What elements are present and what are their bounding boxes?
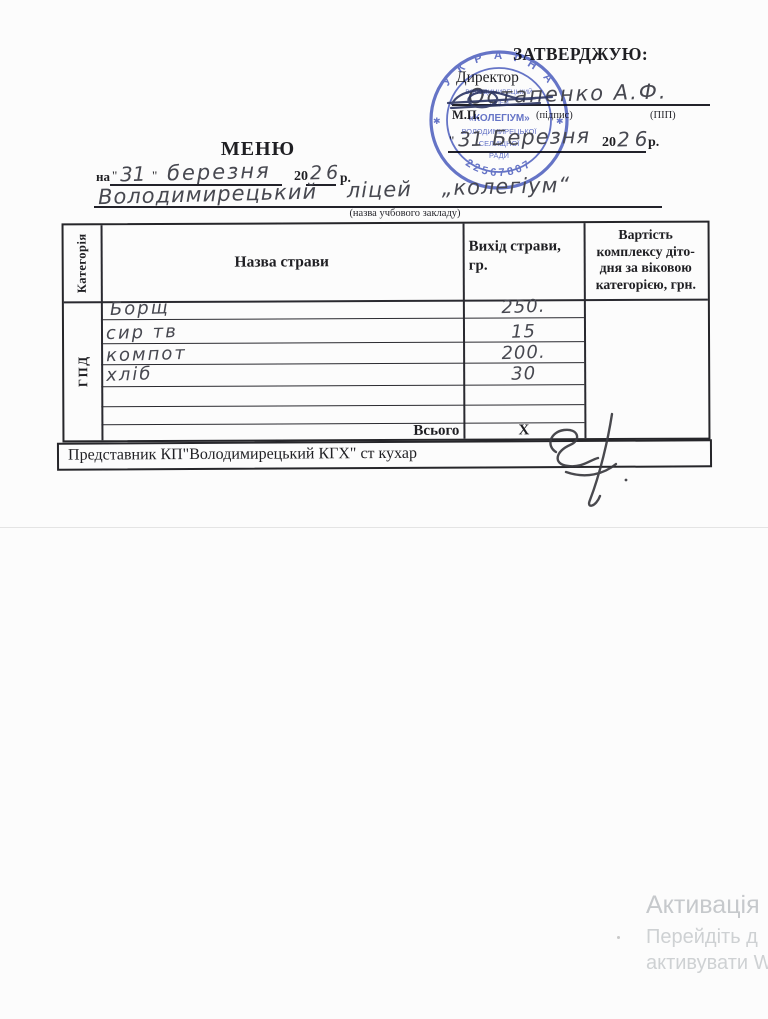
approval-year-prefix: 20 bbox=[602, 135, 616, 151]
table-row-line bbox=[101, 404, 584, 407]
total-label: Всього bbox=[101, 423, 459, 441]
menu-date-prefix: на bbox=[96, 169, 110, 185]
category-group-cell: ГПД bbox=[64, 301, 102, 440]
menu-table: Категорія Назва страви Вихід страви, гр.… bbox=[62, 221, 711, 443]
watermark-dot bbox=[617, 936, 620, 939]
menu-quote-open: " bbox=[112, 168, 117, 184]
dish-name: хліб bbox=[106, 363, 153, 385]
dish-output: 30 bbox=[463, 362, 585, 387]
header-cell-cost: Вартість комплексу діто- дня за віковою … bbox=[584, 227, 708, 294]
header-cell-output: Вихід страви, гр. bbox=[463, 237, 584, 300]
scanned-menu-document: ЗАТВЕРДЖУЮ: Директор М.П. (підпис) (ПІП)… bbox=[0, 0, 768, 1019]
page-edge-shadow bbox=[0, 527, 768, 528]
approval-month-handwritten: Березня bbox=[492, 124, 591, 151]
dish-output: 250. bbox=[463, 295, 585, 320]
approval-year-handwritten: 26 bbox=[617, 127, 653, 152]
menu-title: МЕНЮ bbox=[158, 138, 358, 161]
menu-day-handwritten: 31 bbox=[120, 162, 146, 187]
activation-watermark-line3: активувати W bbox=[646, 952, 768, 975]
activation-watermark-line1: Активація bbox=[646, 891, 760, 920]
category-group-label: ГПД bbox=[75, 355, 91, 387]
category-header-label: Категорія bbox=[75, 233, 90, 293]
dish-name: сир тв bbox=[106, 321, 178, 344]
header-cell-dish: Назва страви bbox=[101, 224, 463, 302]
approval-day-handwritten: 31 bbox=[458, 127, 484, 152]
school-name-caption: (назва учбового закладу) bbox=[335, 208, 475, 219]
dish-name: Борщ bbox=[110, 297, 170, 320]
header-cell-category: Категорія bbox=[64, 225, 101, 301]
director-signature-scribble-icon bbox=[440, 82, 750, 122]
cook-signature-scribble-icon bbox=[538, 412, 658, 512]
stamp-center-line6: РАДИ bbox=[489, 151, 509, 160]
activation-watermark-line2: Перейдіть д bbox=[646, 926, 758, 949]
menu-quote-close: " bbox=[152, 168, 157, 184]
footer-text: Представник КП"Володимирецький КГХ" ст к… bbox=[68, 445, 417, 465]
